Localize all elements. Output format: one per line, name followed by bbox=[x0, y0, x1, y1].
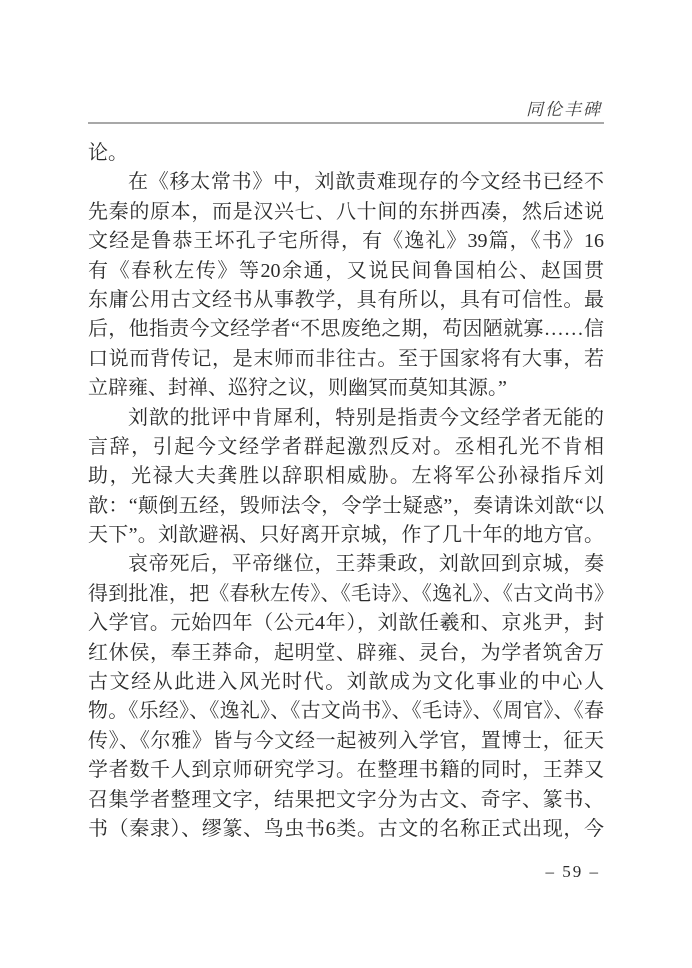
text-line: 言辞，引起今文经学者群起激烈反对。丞相孔光不肯相 bbox=[88, 433, 604, 462]
text-line: 口说而背传记，是末师而非往古。至于国家将有大事，若 bbox=[88, 345, 604, 374]
text-line: 传》、《尔雅》皆与今文经一起被列入学官，置博士，征天下 bbox=[88, 727, 604, 756]
text-line: 东庸公用古文经书从事教学，具有所以，具有可信性。最 bbox=[88, 286, 604, 315]
text-line: 召集学者整理文字，结果把文字分为古文、奇字、篆书、左 bbox=[88, 786, 604, 815]
header-rule bbox=[88, 122, 604, 124]
text-line: 入学官。元始四年（公元4年），刘歆任羲和、京兆尹，封为 bbox=[88, 609, 604, 638]
text-line: 书（秦隶）、缪篆、鸟虫书6类。古文的名称正式出现，今文 bbox=[88, 815, 604, 844]
text-line: 学者数千人到京师研究学习。在整理书籍的同时，王莽又 bbox=[88, 756, 604, 785]
text-line: 助，光禄大夫龚胜以辞职相威胁。左将军公孙禄指斥刘 bbox=[88, 462, 604, 491]
text-line: 文经是鲁恭王坏孔子宅所得，有《逸礼》39篇，《书》16篇，还 bbox=[88, 227, 604, 256]
page-number: – 59 – bbox=[546, 862, 601, 882]
body-text: 论。在《移太常书》中，刘歆责难现存的今文经书已经不是先秦的原本，而是汉兴七、八十… bbox=[88, 139, 604, 844]
running-header: 同伦丰碑 bbox=[526, 100, 602, 120]
text-line: 先秦的原本，而是汉兴七、八十间的东拼西凑，然后述说古 bbox=[88, 198, 604, 227]
text-line: 论。 bbox=[88, 139, 604, 168]
text-line: 有《春秋左传》等20余通，又说民间鲁国柏公、赵国贯公、胶 bbox=[88, 257, 604, 286]
text-line: 得到批准，把《春秋左传》、《毛诗》、《逸礼》、《古文尚书》列 bbox=[88, 580, 604, 609]
text-line: 天下”。刘歆避祸、只好离开京城，作了几十年的地方官。 bbox=[88, 521, 604, 550]
text-line: 刘歆的批评中肯犀利，特别是指责今文经学者无能的 bbox=[88, 404, 604, 433]
text-line: 立辟雍、封禅、巡狩之议，则幽冥而莫知其源。” bbox=[88, 374, 604, 403]
book-page: 同伦丰碑 论。在《移太常书》中，刘歆责难现存的今文经书已经不是先秦的原本，而是汉… bbox=[0, 0, 692, 968]
text-line: 歆：“颠倒五经，毁师法令，令学士疑惑”，奏请诛刘歆“以慰 bbox=[88, 492, 604, 521]
text-line: 在《移太常书》中，刘歆责难现存的今文经书已经不是 bbox=[88, 168, 604, 197]
text-line: 古文经从此进入风光时代。刘歆成为文化事业的中心人 bbox=[88, 668, 604, 697]
text-line: 红休侯，奉王莽命，起明堂、辟雍、灵台，为学者筑舍万区， bbox=[88, 639, 604, 668]
text-line: 物。《乐经》、《逸礼》、《古文尚书》、《毛诗》、《周官》、《春秋左 bbox=[88, 697, 604, 726]
text-line: 后，他指责今文经学者“不思废绝之期，苟因陋就寡……信 bbox=[88, 315, 604, 344]
text-line: 哀帝死后，平帝继位，王莽秉政，刘歆回到京城，奏请 bbox=[88, 550, 604, 579]
